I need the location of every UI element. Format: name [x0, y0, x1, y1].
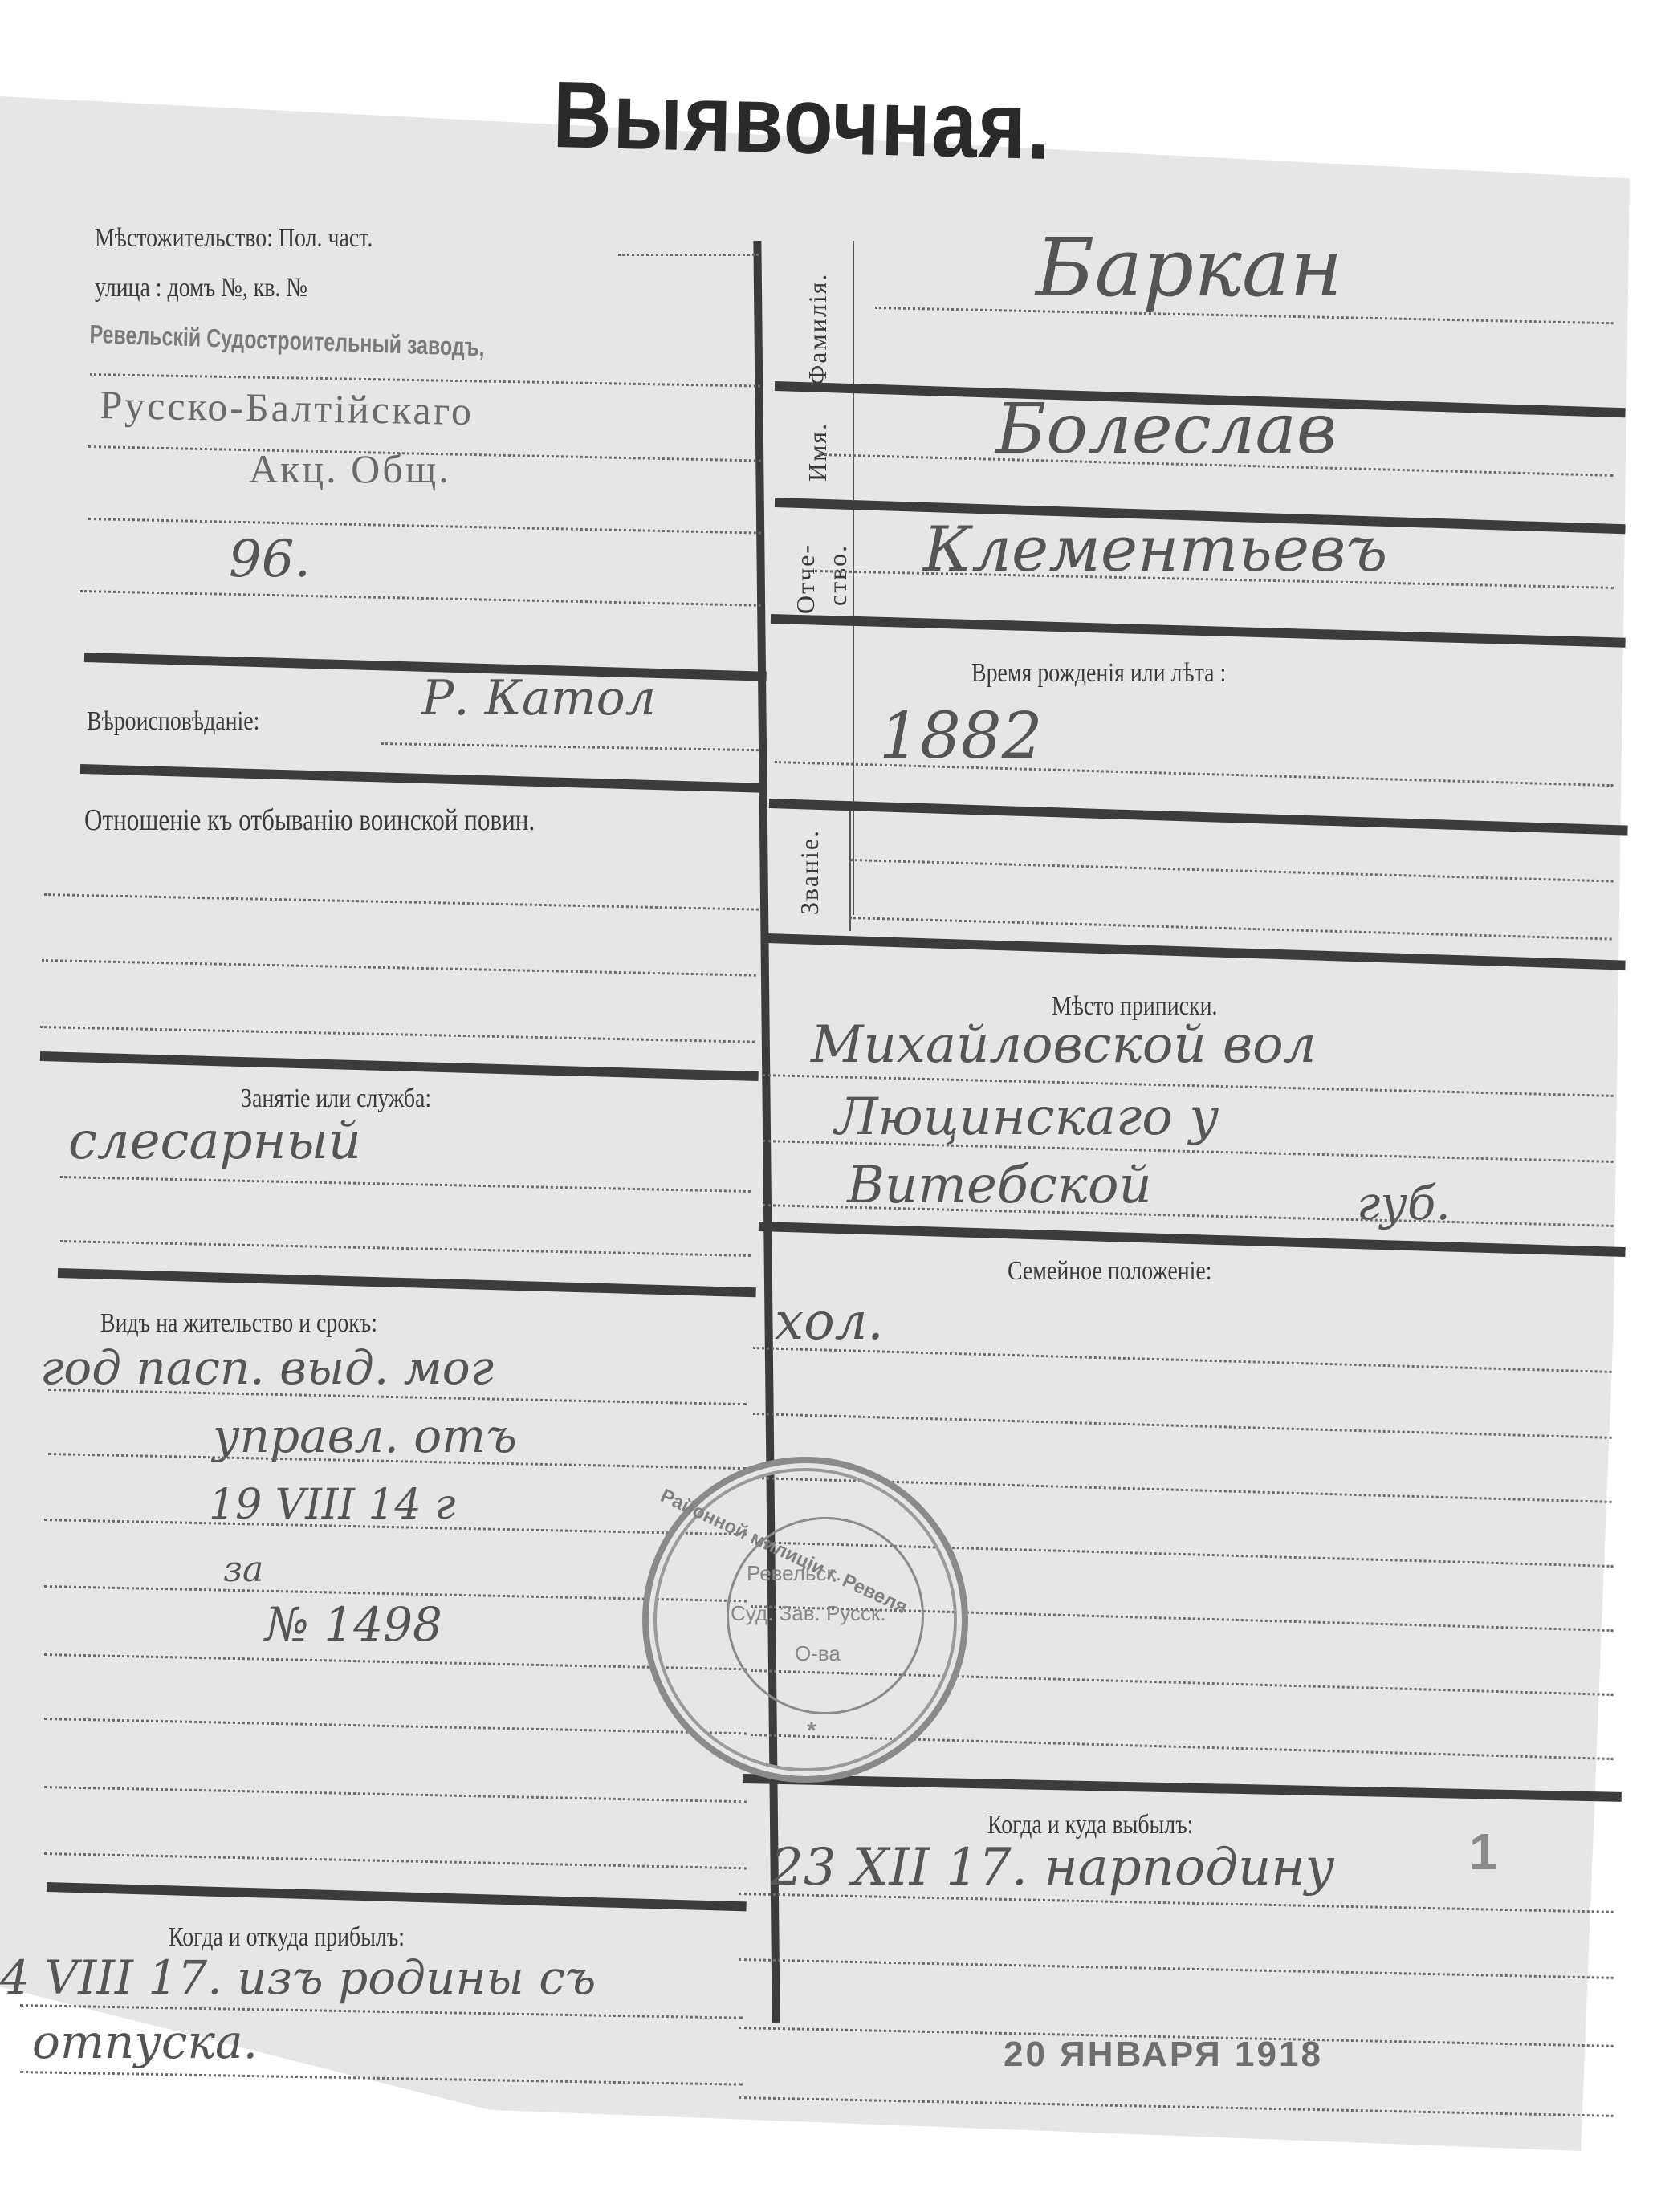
- rank-label: Званіе.: [795, 829, 824, 915]
- religion-label: Вѣроисповѣданіе:: [87, 706, 259, 737]
- surname-value: Баркан: [1036, 221, 1342, 315]
- registration-value-line2: Люцинскаго у: [835, 1088, 1219, 1147]
- margin-stamp: 1: [1469, 1822, 1498, 1881]
- first-name-label: Имя.: [803, 422, 833, 482]
- permit-value-line4: за: [223, 1549, 263, 1590]
- occupation-value: слесарный: [68, 1112, 361, 1171]
- factory-stamp-line2: Русско-Балтійскаго: [100, 381, 474, 434]
- departure-label: Когда и куда выбылъ:: [987, 1810, 1193, 1840]
- patronymic-label-line1: Отче-: [791, 543, 820, 614]
- handwritten-number: 96.: [229, 530, 311, 589]
- registration-value-line1: Михайловской вол: [811, 1015, 1316, 1075]
- family-status-value: хол.: [775, 1292, 884, 1352]
- seal-star-icon: *: [807, 1718, 816, 1745]
- street-label: улица : домъ №, кв. №: [95, 273, 307, 303]
- permit-value-line1: год пасп. выд. мог: [40, 1340, 494, 1395]
- document-title: Выявочная.: [552, 60, 1052, 181]
- residence-permit-label: Видъ на жительство и срокъ:: [100, 1308, 377, 1339]
- residence-label: Мѣстожительство: Пол. част.: [95, 223, 373, 254]
- departure-value: 23 XII 17. нарподину: [771, 1838, 1334, 1897]
- patronymic-label-line2: ство.: [823, 544, 853, 606]
- permit-value-line5: № 1498: [265, 1597, 442, 1652]
- seal-inner-line1: Ревельск.: [747, 1561, 841, 1586]
- surname-label: Фамилія.: [803, 273, 833, 385]
- label-divider: [849, 803, 851, 931]
- military-service-label: Отношеніе къ отбыванію воинской повин.: [84, 803, 535, 838]
- family-status-label: Семейное положеніе:: [1008, 1256, 1212, 1287]
- factory-stamp-line3: Акц. Общ.: [249, 445, 451, 492]
- seal-inner-line2: Суд. Зав. Русск.: [731, 1601, 886, 1626]
- arrival-label: Когда и откуда прибылъ:: [169, 1922, 405, 1953]
- arrival-value-line1: 4 VIII 17. изъ родины съ: [0, 1950, 596, 2005]
- dotted-line: [618, 254, 759, 256]
- occupation-label: Занятіе или служба:: [241, 1084, 431, 1114]
- label-divider: [853, 241, 854, 915]
- arrival-value-line2: отпуска.: [32, 2015, 258, 2069]
- religion-value: Р. Катол: [421, 670, 656, 726]
- registration-value-line3: Витебской: [847, 1156, 1152, 1215]
- permit-value-line3: 19 VIII 14 г: [209, 1481, 455, 1529]
- permit-value-line2: управл. отъ: [213, 1409, 517, 1463]
- birth-label: Время рожденія или лѣта :: [971, 658, 1226, 689]
- date-stamp: 20 ЯНВАРЯ 1918: [1004, 2035, 1323, 2075]
- seal-inner-line3: О-ва: [795, 1641, 841, 1666]
- birth-value: 1882: [879, 698, 1043, 773]
- first-name-value: Болеслав: [995, 389, 1337, 470]
